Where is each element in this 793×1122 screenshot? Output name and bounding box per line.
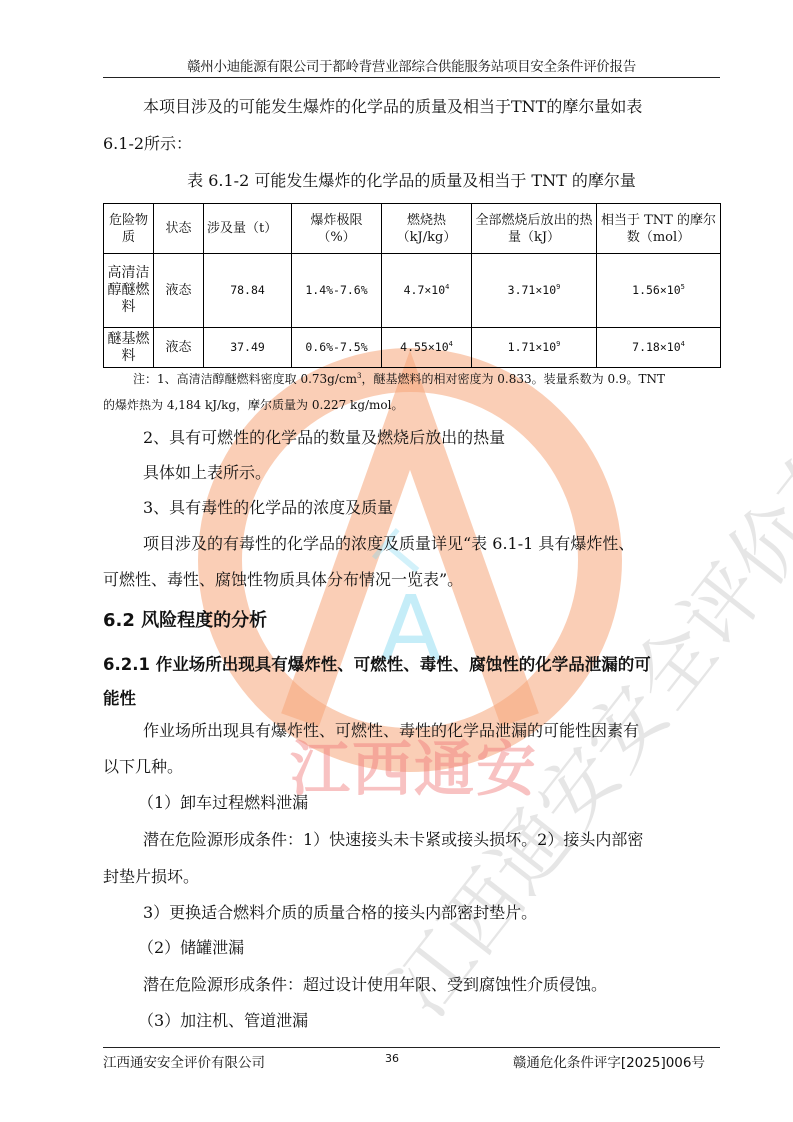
- cell-explosive-limit: 0.6%-7.5%: [292, 328, 382, 368]
- section-heading-6-2-1: 6.2.1 作业场所出现具有爆炸性、可燃性、毒性、腐蚀性的化学品泄漏的可 能性: [103, 648, 720, 716]
- header-cell: 状态: [154, 204, 204, 254]
- heading-line-1: 6.2.1 作业场所出现具有爆炸性、可燃性、毒性、腐蚀性的化学品泄漏的可: [103, 648, 720, 682]
- section-text-line-1: 作业场所出现具有爆炸性、可燃性、毒性的化学品泄漏的可能性因素有: [143, 720, 760, 742]
- table-row: 醚基燃料 液态 37.49 0.6%-7.5% 4.55×104 1.71×10…: [104, 328, 721, 368]
- cell-amount: 37.49: [204, 328, 292, 368]
- page-header-title: 赣州小迪能源有限公司于都岭背营业部综合供能服务站项目安全条件评价报告: [103, 55, 720, 75]
- item-2-heading: （2）储罐泄漏: [138, 937, 755, 959]
- cell-substance: 醚基燃料: [104, 328, 154, 368]
- document-page: A T 江西通安安全评价有限公司 江西通安 赣州小迪能源有限公司于都岭背营业部综…: [0, 0, 793, 1122]
- cell-combustion-heat: 4.7×104: [382, 254, 472, 328]
- cell-amount: 78.84: [204, 254, 292, 328]
- cell-state: 液态: [154, 328, 204, 368]
- header-divider: [103, 77, 720, 78]
- section-text-line-2: 以下几种。: [103, 756, 720, 778]
- table-row: 高清洁醇醚燃料 液态 78.84 1.4%-7.6% 4.7×104 3.71×…: [104, 254, 721, 328]
- item-3-heading: （3）加注机、管道泄漏: [138, 1010, 755, 1032]
- header-cell: 全部燃烧后放出的热量（kJ）: [472, 204, 597, 254]
- cell-substance: 高清洁醇醚燃料: [104, 254, 154, 328]
- footer-doc-number: 赣通危化条件评字[2025]006号: [513, 1051, 705, 1071]
- heading-line-2: 能性: [103, 682, 720, 716]
- footer-divider: [103, 1047, 720, 1048]
- cell-total-heat: 1.71×109: [472, 328, 597, 368]
- table-header-row: 危险物质 状态 涉及量（t） 爆炸极限（%） 燃烧热（kJ/kg） 全部燃烧后放…: [104, 204, 721, 254]
- table-caption: 表 6.1-2 可能发生爆炸的化学品的质量及相当于 TNT 的摩尔量: [103, 168, 720, 191]
- paragraph-3-text-line-2: 可燃性、毒性、腐蚀性物质具体分布情况一览表”。: [103, 569, 720, 591]
- paragraph-2-heading: 2、具有可燃性的化学品的数量及燃烧后放出的热量: [143, 427, 760, 449]
- header-cell: 燃烧热（kJ/kg）: [382, 204, 472, 254]
- item-1-condition-line-1: 潜在危险源形成条件：1）快速接头未卡紧或接头损坏。2）接头内部密: [143, 829, 760, 851]
- paragraph-2-text: 具体如上表所示。: [143, 462, 760, 484]
- paragraph-3-text-line-1: 项目涉及的有毒性的化学品的浓度及质量详见“表 6.1-1 具有爆炸性、: [143, 533, 760, 555]
- intro-line-1: 本项目涉及的可能发生爆炸的化学品的质量及相当于TNT的摩尔量如表: [143, 96, 760, 118]
- item-1-condition-line-2: 封垫片损坏。: [103, 866, 720, 888]
- cell-total-heat: 3.71×109: [472, 254, 597, 328]
- intro-line-2: 6.1-2所示：: [103, 133, 720, 155]
- section-heading-6-2: 6.2 风险程度的分析: [103, 606, 267, 632]
- page-number: 36: [385, 1052, 399, 1065]
- cell-explosive-limit: 1.4%-7.6%: [292, 254, 382, 328]
- header-cell: 相当于 TNT 的摩尔数（mol）: [597, 204, 721, 254]
- cell-state: 液态: [154, 254, 204, 328]
- cell-combustion-heat: 4.55×104: [382, 328, 472, 368]
- cell-tnt-mol: 7.18×104: [597, 328, 721, 368]
- paragraph-3-heading: 3、具有毒性的化学品的浓度及质量: [143, 497, 760, 519]
- item-1-heading: （1）卸车过程燃料泄漏: [138, 792, 755, 814]
- cell-tnt-mol: 1.56×105: [597, 254, 721, 328]
- item-1-measure: 3）更换适合燃料介质的质量合格的接头内部密封垫片。: [143, 902, 760, 924]
- footer-company: 江西通安安全评价有限公司: [103, 1051, 265, 1071]
- item-2-condition: 潜在危险源形成条件：超过设计使用年限、受到腐蚀性介质侵蚀。: [143, 974, 760, 996]
- header-cell: 爆炸极限（%）: [292, 204, 382, 254]
- header-cell: 危险物质: [104, 204, 154, 254]
- table-note-line-2: 的爆炸热为 4,184 kJ/kg，摩尔质量为 0.227 kg/mol。: [103, 395, 720, 416]
- table-note-line-1: 注：1、高清洁醇醚燃料密度取 0.73g/cm3，醚基燃料的相对密度为 0.83…: [103, 369, 720, 390]
- header-cell: 涉及量（t）: [204, 204, 292, 254]
- explosive-chemicals-table: 危险物质 状态 涉及量（t） 爆炸极限（%） 燃烧热（kJ/kg） 全部燃烧后放…: [103, 203, 721, 368]
